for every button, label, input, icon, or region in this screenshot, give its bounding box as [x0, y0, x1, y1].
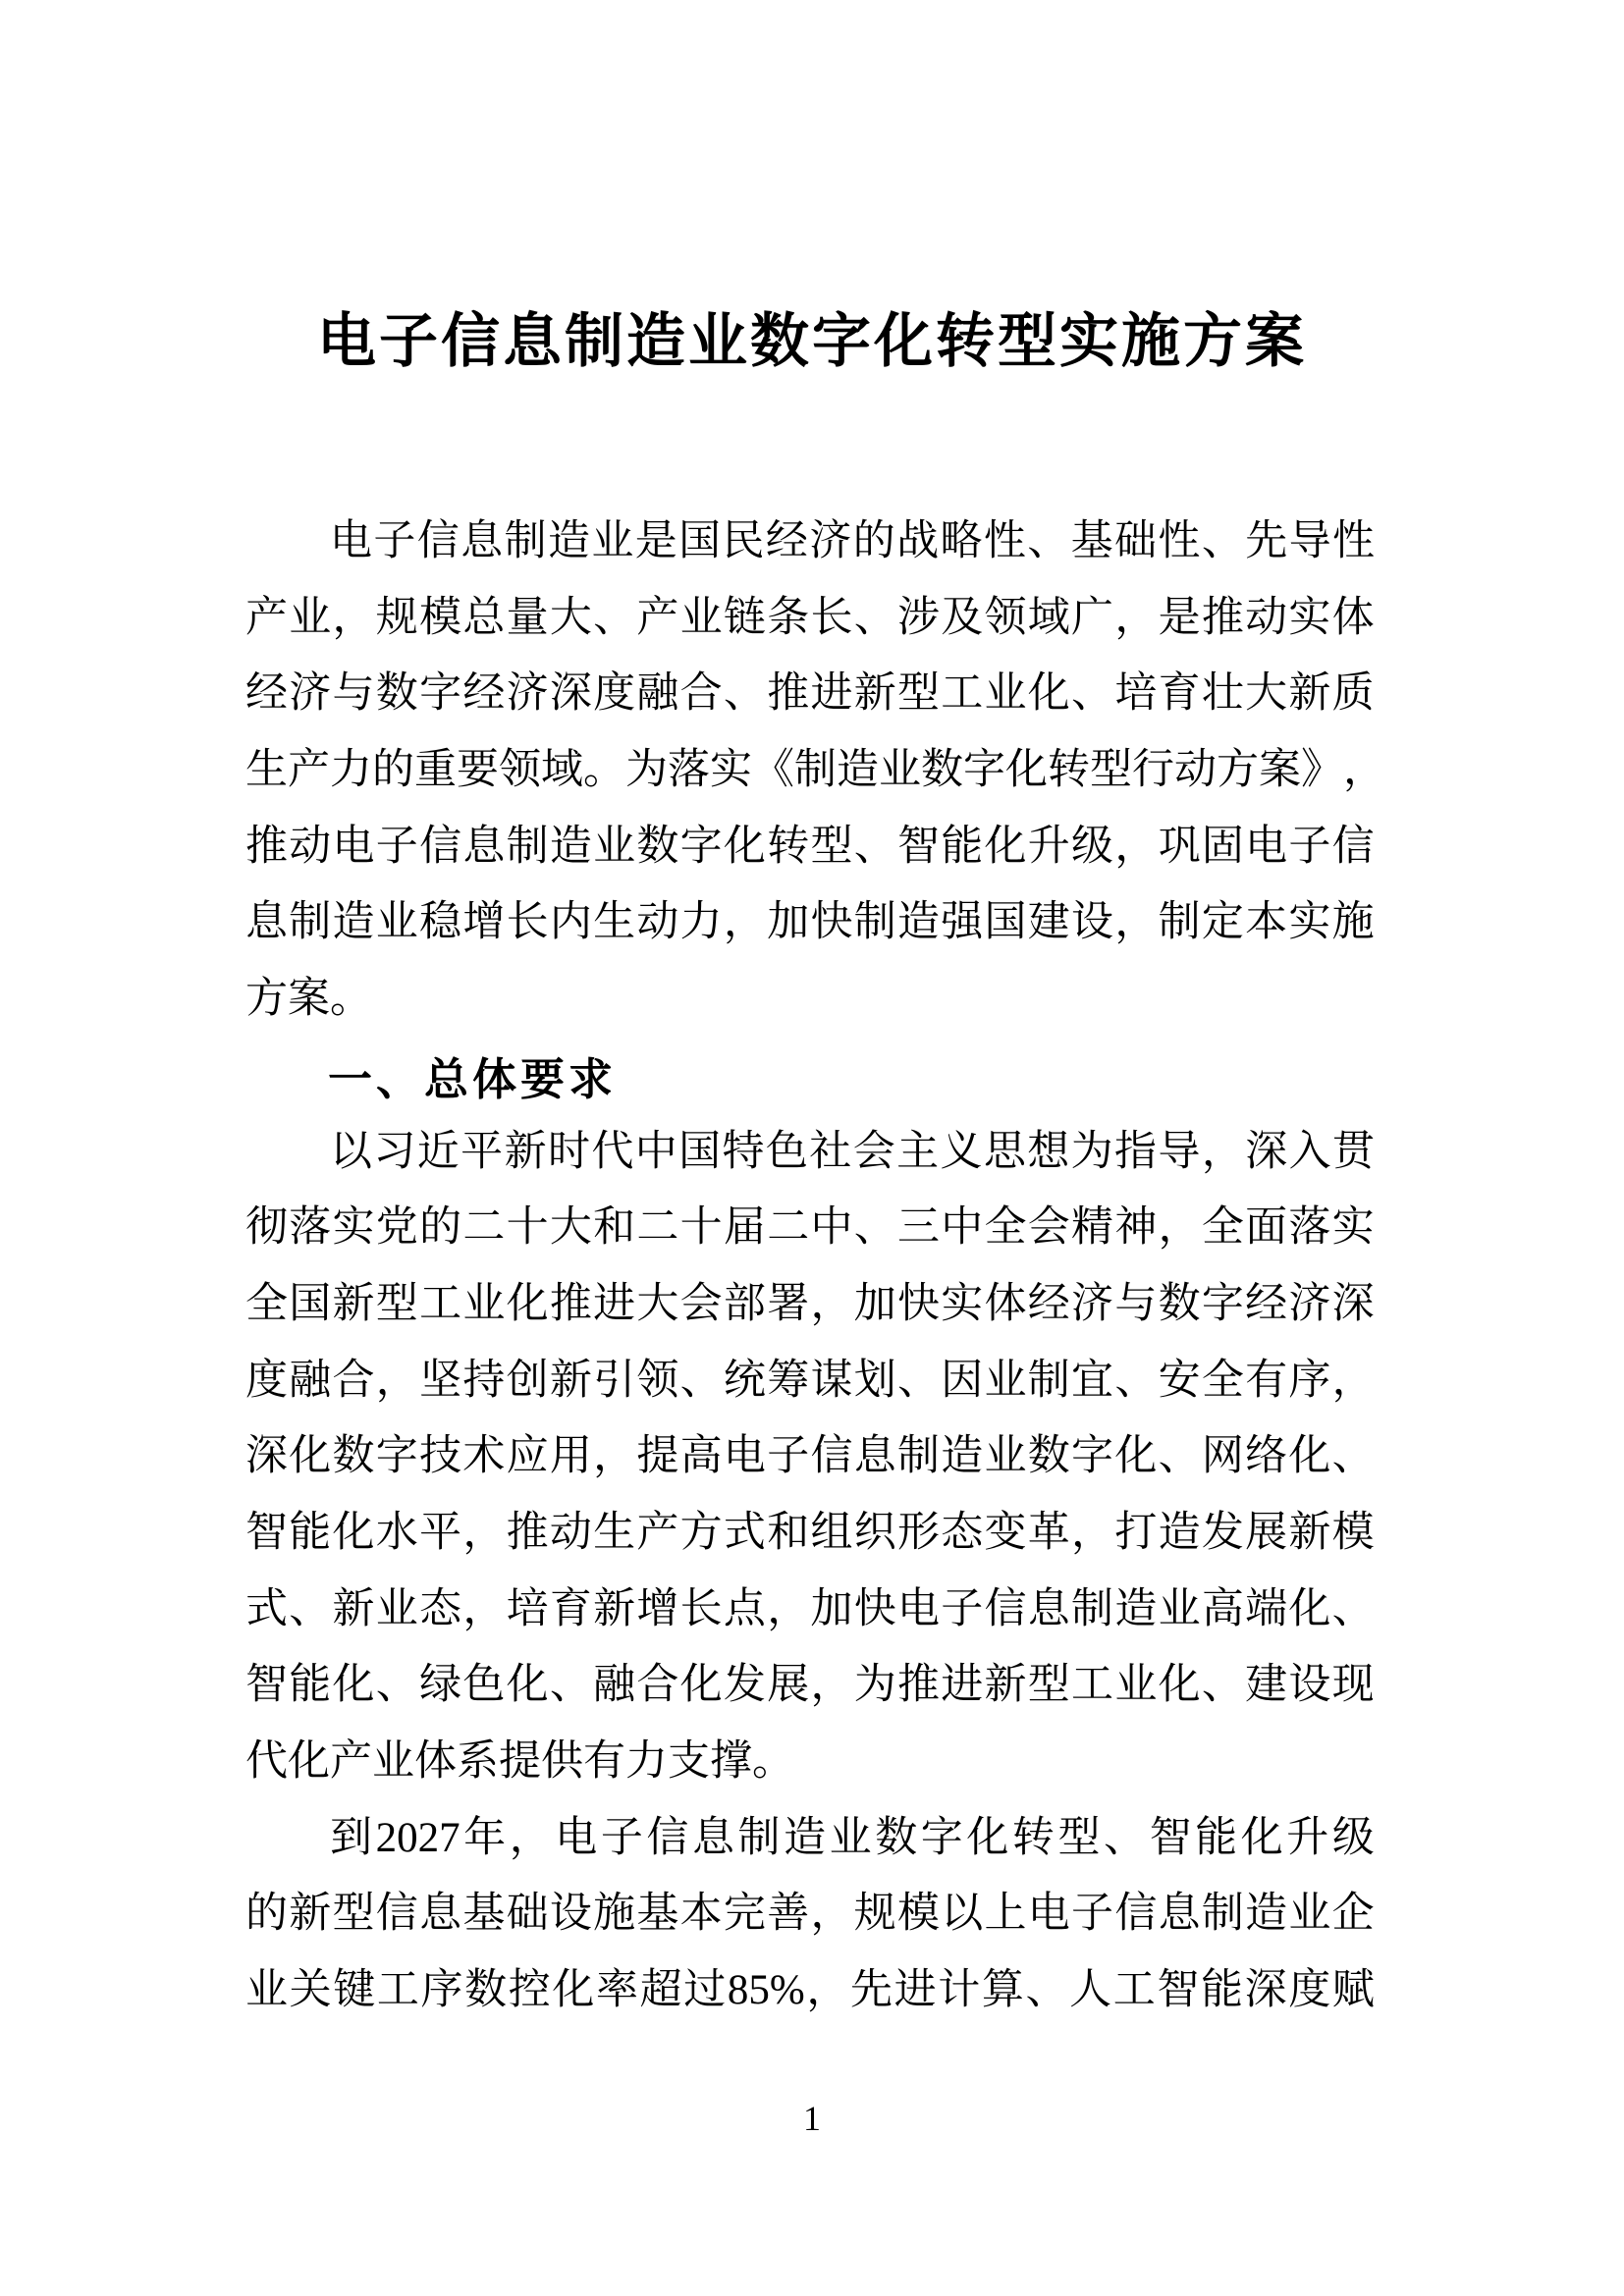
text-line: 代化产业体系提供有力支撑。	[245, 1724, 1375, 1800]
paragraph: 到2027年，电子信息制造业数字化转型、智能化升级的新型信息基础设施基本完善，规…	[245, 1800, 1375, 2029]
text-line: 业关键工序数控化率超过85%，先进计算、人工智能深度赋	[245, 1952, 1375, 2029]
text-line: 全国新型工业化推进大会部署，加快实体经济与数字经济深	[245, 1266, 1375, 1343]
text-line: 彻落实党的二十大和二十届二中、三中全会精神，全面落实	[245, 1190, 1375, 1266]
text-line: 电子信息制造业是国民经济的战略性、基础性、先导性	[245, 504, 1375, 580]
text-line: 的新型信息基础设施基本完善，规模以上电子信息制造业企	[245, 1876, 1375, 1952]
text-line: 到2027年，电子信息制造业数字化转型、智能化升级	[245, 1800, 1375, 1877]
document-body: 电子信息制造业是国民经济的战略性、基础性、先导性产业，规模总量大、产业链条长、涉…	[245, 504, 1375, 2029]
document-page: 电子信息制造业数字化转型实施方案 电子信息制造业是国民经济的战略性、基础性、先导…	[0, 0, 1624, 2296]
paragraph: 以习近平新时代中国特色社会主义思想为指导，深入贯彻落实党的二十大和二十届二中、三…	[245, 1114, 1375, 1800]
text-line: 方案。	[245, 961, 1375, 1038]
text-line: 生产力的重要领域。为落实《制造业数字化转型行动方案》，	[245, 732, 1375, 809]
text-line: 产业，规模总量大、产业链条长、涉及领域广，是推动实体	[245, 580, 1375, 657]
document-title: 电子信息制造业数字化转型实施方案	[0, 306, 1624, 377]
section-heading: 一、总体要求	[245, 1038, 1375, 1114]
text-line: 式、新业态，培育新增长点，加快电子信息制造业高端化、	[245, 1572, 1375, 1648]
text-line: 息制造业稳增长内生动力，加快制造强国建设，制定本实施	[245, 884, 1375, 961]
paragraph: 电子信息制造业是国民经济的战略性、基础性、先导性产业，规模总量大、产业链条长、涉…	[245, 504, 1375, 1038]
text-line: 度融合，坚持创新引领、统筹谋划、因业制宜、安全有序，	[245, 1343, 1375, 1419]
text-line: 经济与数字经济深度融合、推进新型工业化、培育壮大新质	[245, 656, 1375, 732]
page-number: 1	[0, 2097, 1624, 2140]
text-line: 智能化、绿色化、融合化发展，为推进新型工业化、建设现	[245, 1647, 1375, 1724]
text-line: 推动电子信息制造业数字化转型、智能化升级，巩固电子信	[245, 809, 1375, 885]
text-line: 智能化水平，推动生产方式和组织形态变革，打造发展新模	[245, 1495, 1375, 1572]
text-line: 深化数字技术应用，提高电子信息制造业数字化、网络化、	[245, 1418, 1375, 1495]
text-line: 以习近平新时代中国特色社会主义思想为指导，深入贯	[245, 1114, 1375, 1191]
